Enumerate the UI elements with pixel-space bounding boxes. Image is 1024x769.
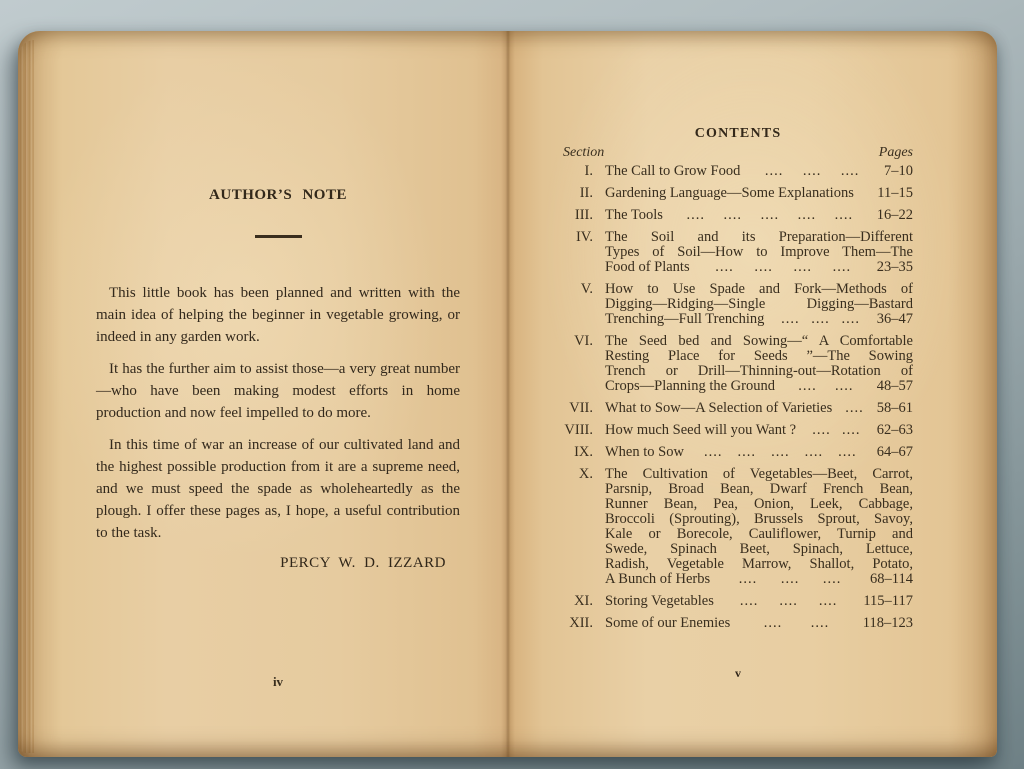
dot-leader-group: ....	[686, 208, 705, 223]
toc-entry-line: Digging—Ridging—Single Digging—Bastard	[605, 297, 913, 312]
toc-page-range: 11–15	[877, 186, 913, 201]
toc-entry: XII. Some of our Enemies........118–123	[563, 616, 913, 631]
dot-leaders: ........	[801, 423, 872, 438]
toc-entry-title: Trenching—Full Trenching	[605, 312, 764, 327]
toc-entry: V. How to Use Spade and Fork—Methods ofD…	[563, 282, 913, 327]
dot-leader-group: ....	[715, 260, 734, 275]
right-page-number: v	[563, 666, 913, 681]
toc-entry: III. The Tools....................16–22	[563, 208, 913, 223]
toc-entry-body: The Call to Grow Food............7–10	[605, 164, 913, 179]
toc-entry-line: Types of Soil—How to Improve Them—The	[605, 245, 913, 260]
toc-entry: VIII. How much Seed will you Want ?.....…	[563, 423, 913, 438]
author-note-paragraphs: This little book has been planned and wr…	[96, 282, 460, 544]
toc-entry-body: The Seed bed and Sowing—“ A ComfortableR…	[605, 334, 913, 394]
dot-leader-group: ....	[835, 208, 854, 223]
toc-page-range: 58–61	[877, 401, 913, 416]
toc-entry-last-line: The Call to Grow Food............7–10	[605, 164, 913, 179]
toc-entry-last-line: When to Sow....................64–67	[605, 445, 913, 460]
toc-entry-last-line: Trenching—Full Trenching............36–4…	[605, 312, 913, 327]
toc-page-range: 64–67	[877, 445, 913, 460]
dot-leader-group: ....	[704, 445, 723, 460]
toc-section-numeral: I.	[563, 164, 593, 179]
dot-leader-group: ....	[740, 594, 759, 609]
dot-leader-group: ....	[798, 208, 817, 223]
author-note-title: AUTHOR’S NOTE	[96, 187, 460, 204]
toc-entry-title: Food of Plants	[605, 260, 690, 275]
toc-list: I. The Call to Grow Food............7–10…	[563, 164, 913, 638]
toc-entry: I. The Call to Grow Food............7–10	[563, 164, 913, 179]
toc-entry-title: How much Seed will you Want ?	[605, 423, 796, 438]
toc-entry: II. Gardening Language—Some Explanations…	[563, 186, 913, 201]
toc-entry-body: Storing Vegetables............115–117	[605, 594, 913, 609]
dot-leader-group: ....	[823, 572, 842, 587]
toc-entry: IV. The Soil and its Preparation—Differe…	[563, 230, 913, 275]
toc-entry-body: The Soil and its Preparation—DifferentTy…	[605, 230, 913, 275]
toc-section-numeral: VI.	[563, 334, 593, 394]
dot-leader-group: ....	[738, 445, 757, 460]
dot-leader-group: ....	[781, 572, 800, 587]
author-note-paragraph: It has the further aim to assist those—a…	[96, 358, 460, 424]
toc-page-range: 16–22	[877, 208, 913, 223]
dot-leader-group: ....	[819, 594, 838, 609]
toc-entry-body: How to Use Spade and Fork—Methods ofDigg…	[605, 282, 913, 327]
toc-page-range: 23–35	[877, 260, 913, 275]
toc-entry-last-line: Gardening Language—Some Explanations11–1…	[605, 186, 913, 201]
toc-entry-body: How much Seed will you Want ?........62–…	[605, 423, 913, 438]
dot-leaders: ................	[695, 260, 872, 275]
dot-leader-group: ....	[805, 445, 824, 460]
toc-section-numeral: IX.	[563, 445, 593, 460]
dot-leader-group: ....	[724, 208, 743, 223]
toc-entry-title: A Bunch of Herbs	[605, 572, 710, 587]
book-spine-gutter	[501, 31, 515, 757]
dot-leader-group: ....	[842, 312, 861, 327]
toc-section-numeral: IV.	[563, 230, 593, 275]
title-rule	[255, 235, 302, 238]
dot-leader-group: ....	[761, 208, 780, 223]
contents-title: CONTENTS	[563, 126, 913, 142]
toc-page-range: 118–123	[863, 616, 913, 631]
pages-column-header: Pages	[879, 145, 913, 161]
toc-entry: VI. The Seed bed and Sowing—“ A Comforta…	[563, 334, 913, 394]
toc-entry-title: What to Sow—A Selection of Varieties	[605, 401, 832, 416]
toc-entry-line: The Soil and its Preparation—Different	[605, 230, 913, 245]
page-edge-stack	[20, 40, 34, 753]
toc-section-numeral: VIII.	[563, 423, 593, 438]
dot-leaders: ............	[769, 312, 871, 327]
toc-section-numeral: VII.	[563, 401, 593, 416]
dot-leaders: ........	[780, 379, 872, 394]
toc-entry-body: Some of our Enemies........118–123	[605, 616, 913, 631]
toc-entry-last-line: Crops—Planning the Ground........48–57	[605, 379, 913, 394]
dot-leaders: ....................	[689, 445, 872, 460]
toc-entry-line: Swede, Spinach Beet, Spinach, Lettuce,	[605, 542, 913, 557]
toc-entry: XI. Storing Vegetables............115–11…	[563, 594, 913, 609]
dot-leader-group: ....	[771, 445, 790, 460]
dot-leader-group: ....	[803, 164, 822, 179]
toc-entry-last-line: Food of Plants................23–35	[605, 260, 913, 275]
dot-leader-group: ....	[811, 312, 830, 327]
toc-page-range: 48–57	[877, 379, 913, 394]
dot-leaders: ........	[735, 616, 858, 631]
toc-entry-line: Trench or Drill—Thinning-out—Rotation of	[605, 364, 913, 379]
toc-entry-last-line: The Tools....................16–22	[605, 208, 913, 223]
dot-leader-group: ....	[793, 260, 812, 275]
toc-page-range: 7–10	[884, 164, 913, 179]
toc-entry-line: Parsnip, Broad Bean, Dwarf French Bean,	[605, 482, 913, 497]
open-book: AUTHOR’S NOTE This little book has been …	[18, 31, 997, 757]
dot-leaders: ....................	[668, 208, 872, 223]
toc-page-range: 68–114	[870, 572, 913, 587]
dot-leader-group: ....	[835, 379, 854, 394]
toc-page-range: 36–47	[877, 312, 913, 327]
dot-leaders: ....	[837, 401, 871, 416]
toc-entry-body: What to Sow—A Selection of Varieties....…	[605, 401, 913, 416]
author-signature: PERCY W. D. IZZARD	[96, 555, 460, 572]
toc-entry-body: When to Sow....................64–67	[605, 445, 913, 460]
toc-section-numeral: III.	[563, 208, 593, 223]
dot-leader-group: ....	[833, 260, 852, 275]
toc-section-numeral: II.	[563, 186, 593, 201]
toc-entry-last-line: A Bunch of Herbs............68–114	[605, 572, 913, 587]
toc-entry-body: The Tools....................16–22	[605, 208, 913, 223]
toc-entry: VII. What to Sow—A Selection of Varietie…	[563, 401, 913, 416]
author-note-paragraph: This little book has been planned and wr…	[96, 282, 460, 348]
toc-entry-line: The Cultivation of Vegetables—Beet, Carr…	[605, 467, 913, 482]
author-note-paragraph: In this time of war an increase of our c…	[96, 434, 460, 544]
dot-leader-group: ....	[765, 164, 784, 179]
dot-leader-group: ....	[811, 616, 830, 631]
toc-entry-title: The Tools	[605, 208, 663, 223]
toc-entry-line: Kale or Borecole, Cauliflower, Turnip an…	[605, 527, 913, 542]
section-column-header: Section	[563, 145, 604, 161]
toc-section-numeral: X.	[563, 467, 593, 587]
toc-entry-line: Runner Bean, Pea, Onion, Leek, Cabbage,	[605, 497, 913, 512]
toc-entry-last-line: Storing Vegetables............115–117	[605, 594, 913, 609]
toc-entry-title: Storing Vegetables	[605, 594, 714, 609]
dot-leader-group: ....	[798, 379, 817, 394]
dot-leader-group: ....	[779, 594, 798, 609]
dot-leader-group: ....	[845, 401, 864, 416]
dot-leader-group: ....	[842, 423, 861, 438]
toc-entry-line: How to Use Spade and Fork—Methods of	[605, 282, 913, 297]
toc-section-numeral: XII.	[563, 616, 593, 631]
dot-leader-group: ....	[812, 423, 831, 438]
author-note-block: AUTHOR’S NOTE This little book has been …	[96, 187, 460, 572]
toc-entry-title: Gardening Language—Some Explanations	[605, 186, 854, 201]
toc-entry-title: Some of our Enemies	[605, 616, 730, 631]
left-page-number: iv	[96, 674, 460, 690]
dot-leaders: ............	[715, 572, 865, 587]
dot-leaders: ............	[719, 594, 858, 609]
toc-page-range: 62–63	[877, 423, 913, 438]
dot-leader-group: ....	[841, 164, 860, 179]
dot-leaders	[859, 186, 872, 201]
toc-entry: IX. When to Sow....................64–67	[563, 445, 913, 460]
toc-entry-line: Radish, Vegetable Marrow, Shallot, Potat…	[605, 557, 913, 572]
dot-leader-group: ....	[781, 312, 800, 327]
dot-leader-group: ....	[764, 616, 783, 631]
toc-entry-title: When to Sow	[605, 445, 684, 460]
scanner-background: AUTHOR’S NOTE This little book has been …	[0, 0, 1024, 769]
dot-leader-group: ....	[838, 445, 857, 460]
toc-section-numeral: XI.	[563, 594, 593, 609]
toc-entry-last-line: Some of our Enemies........118–123	[605, 616, 913, 631]
dot-leaders: ............	[745, 164, 879, 179]
toc-entry-line: Broccoli (Sprouting), Brussels Sprout, S…	[605, 512, 913, 527]
toc-entry-last-line: How much Seed will you Want ?........62–…	[605, 423, 913, 438]
toc-entry-line: Resting Place for Seeds ”—The Sowing	[605, 349, 913, 364]
toc-entry-title: The Call to Grow Food	[605, 164, 740, 179]
toc-entry-body: Gardening Language—Some Explanations11–1…	[605, 186, 913, 201]
toc-entry-body: The Cultivation of Vegetables—Beet, Carr…	[605, 467, 913, 587]
contents-column-headers: Section Pages	[563, 145, 913, 161]
toc-entry: X. The Cultivation of Vegetables—Beet, C…	[563, 467, 913, 587]
toc-section-numeral: V.	[563, 282, 593, 327]
toc-entry-title: Crops—Planning the Ground	[605, 379, 775, 394]
toc-entry-line: The Seed bed and Sowing—“ A Comfortable	[605, 334, 913, 349]
toc-page-range: 115–117	[863, 594, 913, 609]
dot-leader-group: ....	[739, 572, 758, 587]
dot-leader-group: ....	[754, 260, 773, 275]
toc-entry-last-line: What to Sow—A Selection of Varieties....…	[605, 401, 913, 416]
